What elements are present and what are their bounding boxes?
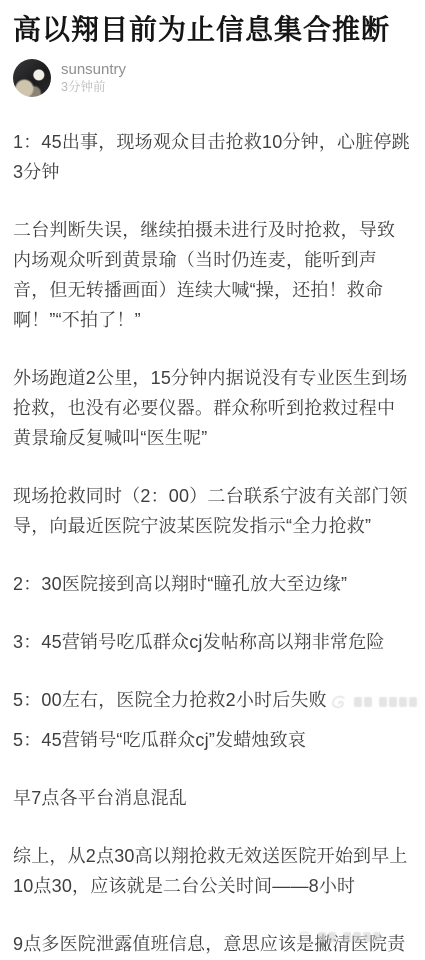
post-paragraph: 5：45营销号“吃瓜群众cj”发蜡烛致哀 [13, 725, 412, 755]
post-paragraph: 综上，从2点30高以翔抢救无效送医院开始到早上10点30，应该就是二台公关时间—… [13, 841, 412, 901]
author-username[interactable]: sunsuntry [61, 60, 126, 79]
post-paragraph: 9点多医院泄露值班信息，意思应该是撇清医院责 [13, 929, 412, 959]
author-row: sunsuntry 3分钟前 [13, 59, 412, 97]
post-timestamp: 3分钟前 [61, 79, 126, 96]
post-paragraph: 现场抢救同时（2：00）二台联系宁波有关部门领导，向最近医院宁波某医院发指示“全… [13, 481, 412, 541]
post-title: 高以翔目前为止信息集合推断 [13, 0, 412, 46]
post-page: 高以翔目前为止信息集合推断 sunsuntry 3分钟前 1：45出事，现场观众… [0, 0, 425, 960]
author-meta: sunsuntry 3分钟前 [61, 60, 126, 96]
post-body: 1：45出事，现场观众目击抢救10分钟，心脏停跳3分钟 二台判断失误，继续拍摄未… [13, 127, 412, 959]
avatar[interactable] [13, 59, 51, 97]
post-paragraph: 1：45出事，现场观众目击抢救10分钟，心脏停跳3分钟 [13, 127, 412, 187]
post-paragraph: 早7点各平台消息混乱 [13, 783, 412, 813]
post-paragraph: 5：00左右，医院全力抢救2小时后失败 [13, 685, 412, 715]
post-paragraph: 外场跑道2公里，15分钟内据说没有专业医生到场抢救，也没有必要仪器。群众称听到抢… [13, 363, 412, 453]
post-paragraph: 2：30医院接到高以翔时“瞳孔放大至边缘” [13, 569, 412, 599]
post-paragraph: 二台判断失误，继续拍摄未进行及时抢救，导致内场观众听到黄景瑜（当时仍连麦，能听到… [13, 215, 412, 335]
post-paragraph: 3：45营销号吃瓜群众cj发帖称高以翔非常危险 [13, 627, 412, 657]
